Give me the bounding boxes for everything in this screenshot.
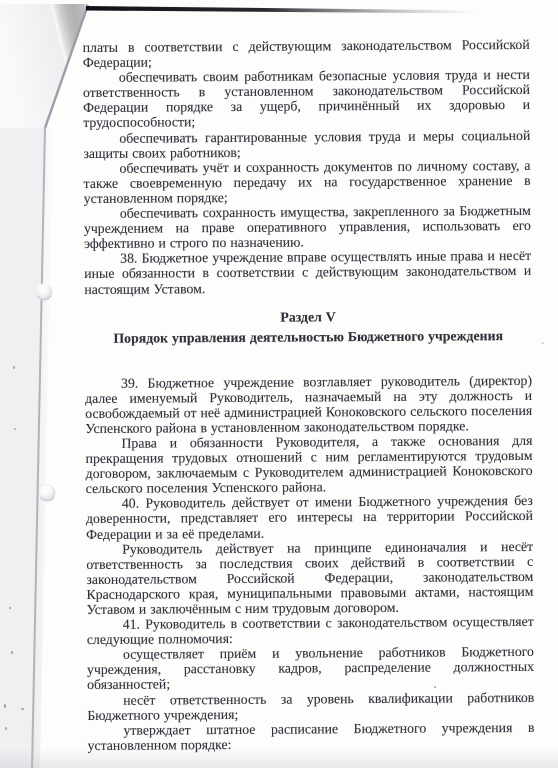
body-paragraph: 41. Руководитель в соответствии с законо… [87,614,534,647]
document-page: платы в соответствии с действующим закон… [0,0,558,754]
body-paragraph: обеспечивать учёт и сохранность документ… [83,158,530,206]
body-paragraph: осуществляет приём и увольнение работник… [87,644,534,692]
body-paragraph: Права и обязанности Руководителя, а такж… [85,433,532,496]
body-paragraph: обеспечивать сохранность имущества, закр… [84,203,531,251]
section-heading: Раздел V Порядок управления деятельность… [85,305,532,348]
section-title-heading: Порядок управления деятельностью Бюджетн… [85,325,532,348]
body-paragraph: утверждает штатное расписание Бюджетного… [87,720,534,753]
body-paragraph: Руководитель действует на принципе едино… [86,539,534,618]
body-paragraph: несёт ответственность за уровень квалифи… [87,689,534,722]
body-paragraph: 39. Бюджетное учреждение возглавляет рук… [85,372,532,435]
body-paragraph: 38. Бюджетное учреждение вправе осуществ… [84,248,531,296]
body-paragraph: обеспечивать своим работникам безопасные… [83,67,530,130]
body-paragraph: обеспечивать гарантированные условия тру… [83,127,530,160]
body-paragraph: 40. Руководитель действует от имени Бюдж… [86,493,533,541]
body-paragraph: платы в соответствии с действующим закон… [83,37,530,70]
